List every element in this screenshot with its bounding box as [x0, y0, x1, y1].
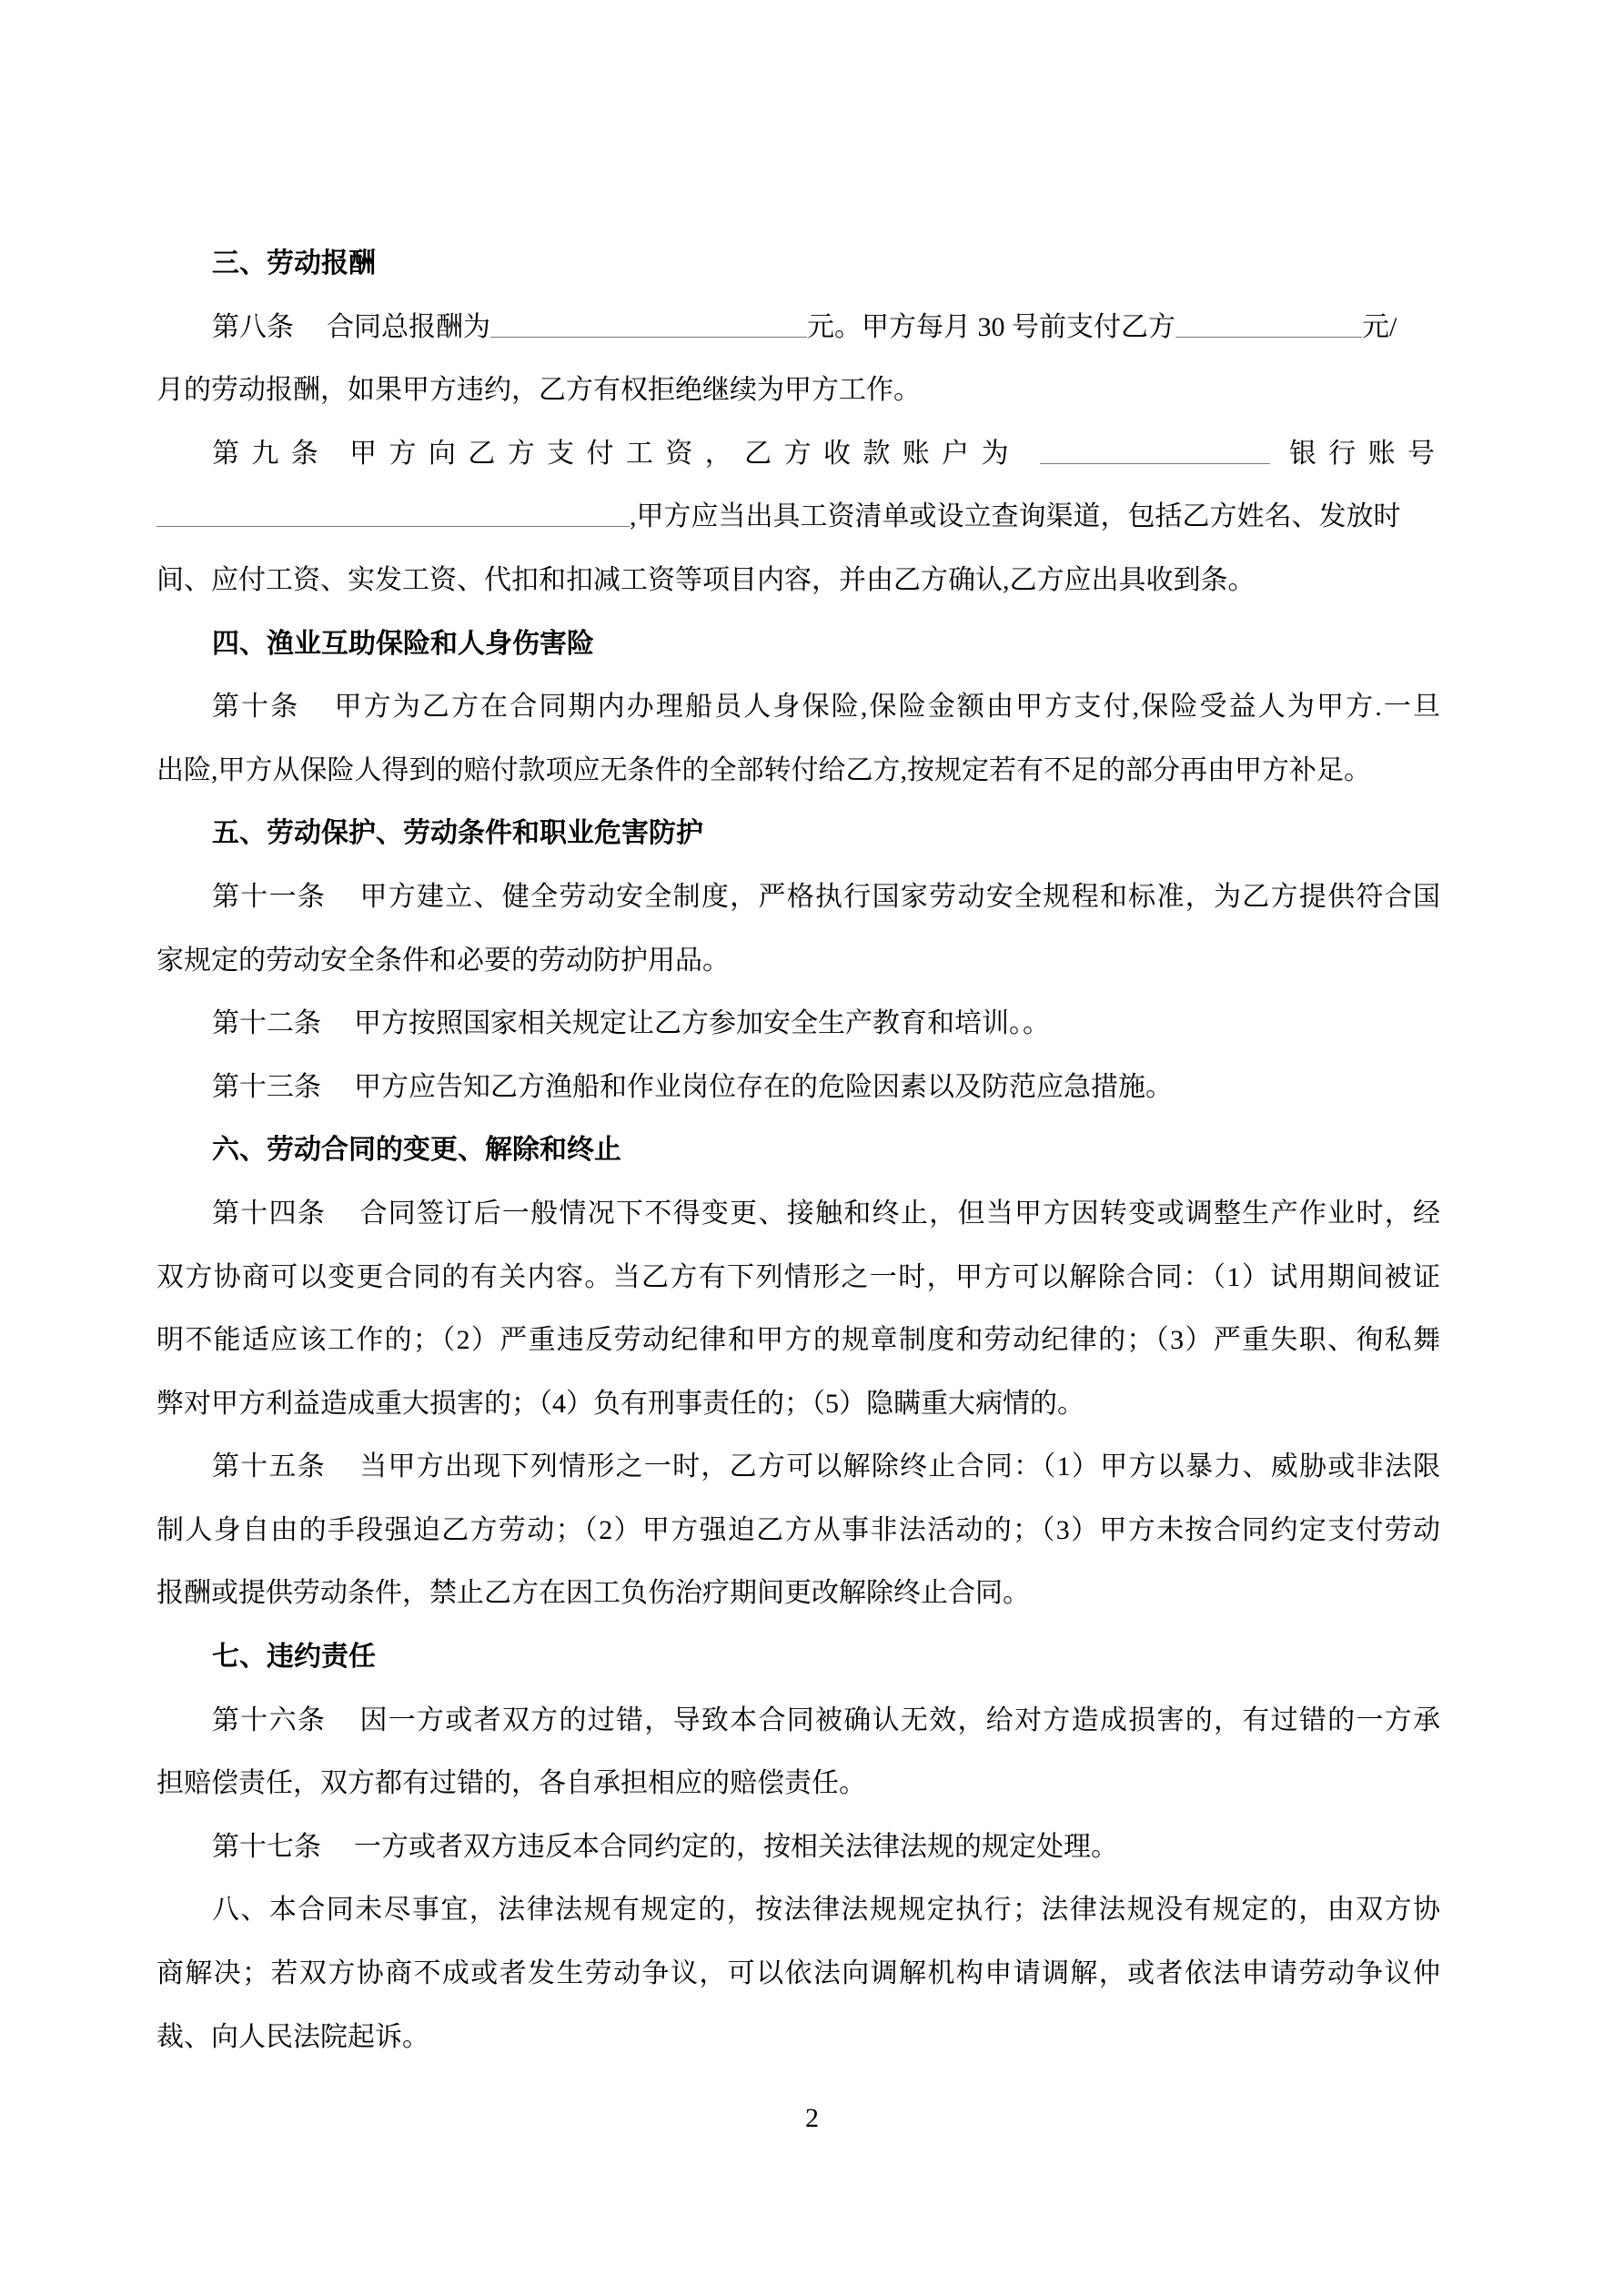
- article-text: 合同签订后一般情况下不得变更、接触和终止，但当甲方因转变或调整生产作业时，经: [358, 1199, 1440, 1229]
- article-8-line-1: 第八条合同总报酬为元。甲方每月 30 号前支付乙方元/: [156, 296, 1440, 359]
- article-text: 银行账号: [1289, 439, 1440, 469]
- section-heading-insurance: 四、渔业互助保险和人身伤害险: [156, 612, 1440, 676]
- article-14-line-3: 明不能适应该工作的；（2）严重违反劳动纪律和甲方的规章制度和劳动纪律的；（3）严…: [156, 1309, 1440, 1372]
- article-label: 第十四条: [212, 1199, 326, 1229]
- page-number: 2: [0, 2102, 1624, 2135]
- total-remuneration-blank-field[interactable]: [490, 313, 807, 338]
- article-label: 第十二条: [212, 1008, 321, 1038]
- clause-8-line-3: 裁、向人民法院起诉。: [156, 2006, 1440, 2069]
- article-16-line-1: 第十六条因一方或者双方的过错，导致本合同被确认无效，给对方造成损害的，有过错的一…: [156, 1689, 1440, 1753]
- article-15-line-3: 报酬或提供劳动条件，禁止乙方在因工负伤治疗期间更改解除终止合同。: [156, 1562, 1440, 1625]
- section-heading-labor-protection: 五、劳动保护、劳动条件和职业危害防护: [156, 802, 1440, 865]
- bank-account-blank-field[interactable]: [156, 502, 630, 527]
- bank-name-blank-field[interactable]: [1040, 440, 1270, 464]
- article-9-line-1: 第九条 甲方向乙方支付工资，乙方收款账户为 银行账号: [156, 422, 1440, 486]
- article-10-line-1: 第十条甲方为乙方在合同期内办理船员人身保险,保险金额由甲方支付,保险受益人为甲方…: [156, 675, 1440, 739]
- article-label: 第八条: [212, 312, 294, 342]
- article-16-line-2: 担赔偿责任，双方都有过错的，各自承担相应的赔偿责任。: [156, 1752, 1440, 1816]
- article-text: 当甲方出现下列情形之一时，乙方可以解除终止合同：（1）甲方以暴力、威胁或非法限: [358, 1451, 1440, 1482]
- section-heading-contract-change: 六、劳动合同的变更、解除和终止: [156, 1118, 1440, 1182]
- article-17-line-1: 第十七条一方或者双方违反本合同约定的，按相关法律法规的规定处理。: [156, 1816, 1440, 1879]
- article-label: 第十条: [212, 692, 299, 722]
- clause-8-line-1: 八、本合同未尽事宜，法律法规有规定的，按法律法规规定执行；法律法规没有规定的，由…: [156, 1878, 1440, 1942]
- article-10-line-2: 出险,甲方从保险人得到的赔付款项应无条件的全部转付给乙方,按规定若有不足的部分再…: [156, 739, 1440, 803]
- article-8-line-2: 月的劳动报酬，如果甲方违约，乙方有权拒绝继续为甲方工作。: [156, 359, 1440, 422]
- article-text: 合同总报酬为: [327, 312, 490, 342]
- article-12-line-1: 第十二条甲方按照国家相关规定让乙方参加安全生产教育和培训。。: [156, 992, 1440, 1056]
- article-text: 因一方或者双方的过错，导致本合同被确认无效，给对方造成损害的，有过错的一方承: [358, 1705, 1440, 1735]
- article-14-line-4: 弊对甲方利益造成重大损害的；（4）负有刑事责任的；（5）隐瞒重大病情的。: [156, 1372, 1440, 1436]
- article-text: 甲方应告知乙方渔船和作业岗位存在的危险因素以及防范应急措施。: [354, 1072, 1173, 1102]
- article-9-line-3: 间、应付工资、实发工资、代扣和扣减工资等项目内容，并由乙方确认,乙方应出具收到条…: [156, 549, 1440, 612]
- article-9-line-2: ,甲方应当出具工资清单或设立查询渠道，包括乙方姓名、发放时: [156, 485, 1440, 549]
- article-label: 第十六条: [212, 1705, 326, 1735]
- article-14-line-1: 第十四条合同签订后一般情况下不得变更、接触和终止，但当甲方因转变或调整生产作业时…: [156, 1182, 1440, 1246]
- article-label: 第十一条: [212, 882, 326, 912]
- article-label: 第十七条: [212, 1832, 321, 1862]
- article-11-line-2: 家规定的劳动安全条件和必要的劳动防护用品。: [156, 929, 1440, 993]
- clause-8-line-2: 商解决；若双方协商不成或者发生劳动争议，可以依法向调解机构申请调解，或者依法申请…: [156, 1942, 1440, 2006]
- article-14-line-2: 双方协商可以变更合同的有关内容。当乙方有下列情形之一时，甲方可以解除合同：（1）…: [156, 1246, 1440, 1310]
- article-text: 甲方向乙方支付工资，乙方收款账户为: [349, 439, 1021, 469]
- article-15-line-1: 第十五条当甲方出现下列情形之一时，乙方可以解除终止合同：（1）甲方以暴力、威胁或…: [156, 1435, 1440, 1499]
- article-label: 第十三条: [212, 1072, 321, 1102]
- contract-body: 三、劳动报酬 第八条合同总报酬为元。甲方每月 30 号前支付乙方元/ 月的劳动报…: [156, 232, 1440, 2068]
- article-text: ,甲方应当出具工资清单或设立查询渠道，包括乙方姓名、发放时: [630, 501, 1401, 531]
- article-11-line-1: 第十一条甲方建立、健全劳动安全制度，严格执行国家劳动安全规程和标准，为乙方提供符…: [156, 865, 1440, 929]
- article-15-line-2: 制人身自由的手段强迫乙方劳动；（2）甲方强迫乙方从事非法活动的；（3）甲方未按合…: [156, 1499, 1440, 1563]
- section-heading-remuneration: 三、劳动报酬: [156, 232, 1440, 296]
- article-label: 第十五条: [212, 1451, 326, 1482]
- article-text: 甲方建立、健全劳动安全制度，严格执行国家劳动安全规程和标准，为乙方提供符合国: [358, 882, 1440, 912]
- article-text: 甲方为乙方在合同期内办理船员人身保险,保险金额由甲方支付,保险受益人为甲方.一旦: [332, 692, 1440, 722]
- article-label: 第九条: [212, 439, 330, 469]
- article-text: 甲方按照国家相关规定让乙方参加安全生产教育和培训。。: [354, 1008, 1050, 1038]
- article-13-line-1: 第十三条甲方应告知乙方渔船和作业岗位存在的危险因素以及防范应急措施。: [156, 1056, 1440, 1119]
- article-text: 元。甲方每月 30 号前支付乙方: [807, 312, 1175, 342]
- document-page: 三、劳动报酬 第八条合同总报酬为元。甲方每月 30 号前支付乙方元/ 月的劳动报…: [0, 0, 1624, 2296]
- monthly-pay-blank-field[interactable]: [1175, 313, 1362, 338]
- article-text: 元/: [1362, 312, 1397, 342]
- section-heading-liability: 七、违约责任: [156, 1625, 1440, 1689]
- article-text: 一方或者双方违反本合同约定的，按相关法律法规的规定处理。: [354, 1832, 1118, 1862]
